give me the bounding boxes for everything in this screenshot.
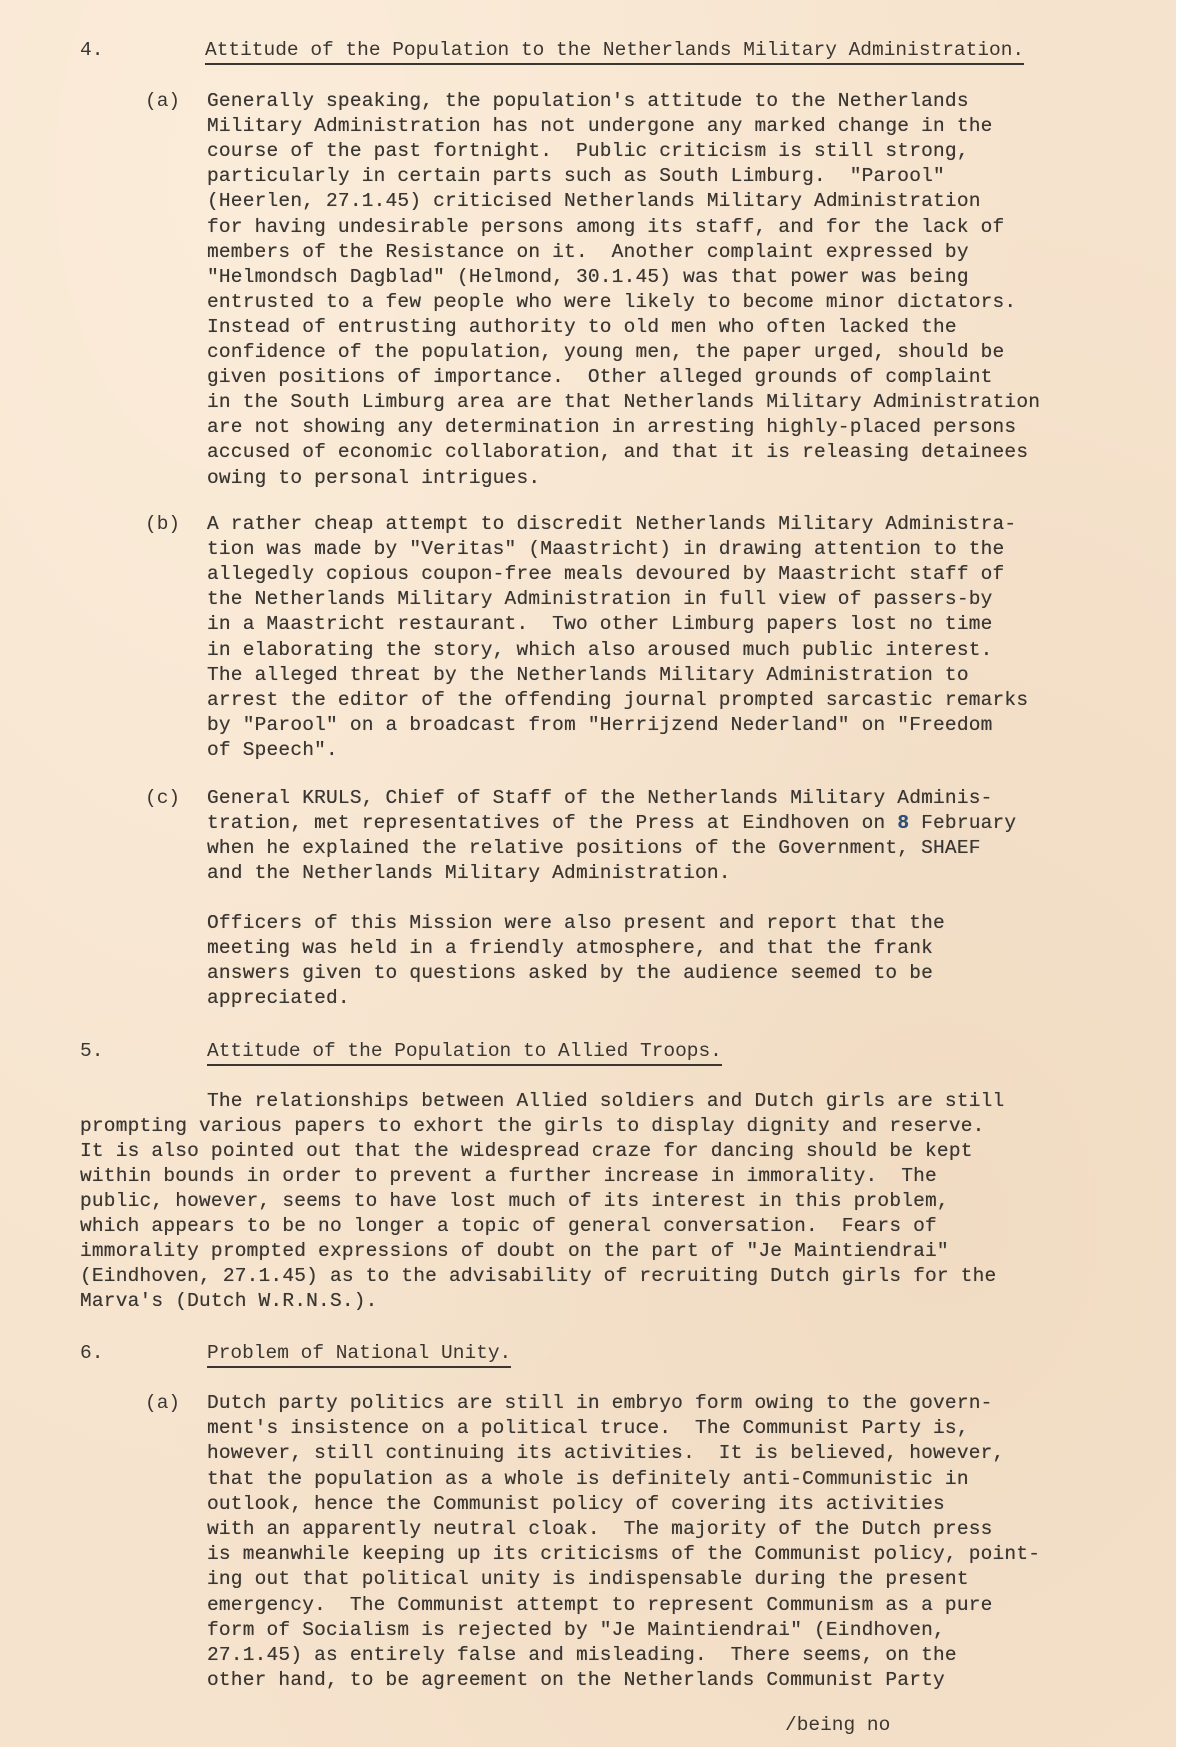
text-line: within bounds in order to prevent a furt… <box>80 1164 937 1188</box>
text-line: answers given to questions asked by the … <box>207 961 933 985</box>
text-line: 27.1.45) as entirely false and misleadin… <box>207 1643 957 1667</box>
text-line: with an apparently neutral cloak. The ma… <box>207 1517 993 1541</box>
text-line: outlook, hence the Communist policy of c… <box>207 1492 945 1516</box>
text-line: Marva's (Dutch W.R.N.S.). <box>80 1289 378 1313</box>
text-line: Military Administration has not undergon… <box>207 114 993 138</box>
text-line: which appears to be no longer a topic of… <box>80 1214 937 1238</box>
text-line: It is also pointed out that the widespre… <box>80 1139 973 1163</box>
text-line: appreciated. <box>207 986 350 1010</box>
text-line: The relationships between Allied soldier… <box>207 1089 1004 1113</box>
text-line: for having undesirable persons among its… <box>207 215 1004 239</box>
text-line: when he explained the relative positions… <box>207 836 981 860</box>
text-line: A rather cheap attempt to discredit Neth… <box>207 512 1016 536</box>
text-line: General KRULS, Chief of Staff of the Net… <box>207 786 993 810</box>
text-line: by "Parool" on a broadcast from "Herrijz… <box>207 713 993 737</box>
paragraph-label: (a) <box>145 89 180 113</box>
paragraph-label: (a) <box>145 1391 180 1415</box>
text-line: (Eindhoven, 27.1.45) as to the advisabil… <box>80 1264 996 1288</box>
text-line: Dutch party politics are still in embryo… <box>207 1391 993 1415</box>
text-line: course of the past fortnight. Public cri… <box>207 139 969 163</box>
text-line: owing to personal intrigues. <box>207 466 540 490</box>
text-line: prompting various papers to exhort the g… <box>80 1114 985 1138</box>
section-heading: Attitude of the Population to Allied Tro… <box>207 1039 722 1066</box>
text-line: public, however, seems to have lost much… <box>80 1189 949 1213</box>
text-line: allegedly copious coupon-free meals devo… <box>207 562 1004 586</box>
text-line: (Heerlen, 27.1.45) criticised Netherland… <box>207 189 981 213</box>
text-line: of Speech". <box>207 738 338 762</box>
text-line: is meanwhile keeping up its criticisms o… <box>207 1542 1040 1566</box>
text-line: Officers of this Mission were also prese… <box>207 911 945 935</box>
section-heading: Problem of National Unity. <box>207 1341 511 1368</box>
text-line: ing out that political unity is indispen… <box>207 1567 969 1591</box>
text-line: Instead of entrusting authority to old m… <box>207 315 957 339</box>
paragraph-label: (c) <box>145 786 180 810</box>
text-line: that the population as a whole is defini… <box>207 1467 969 1491</box>
text-line: and the Netherlands Military Administrat… <box>207 861 731 885</box>
section-heading: Attitude of the Population to the Nether… <box>205 38 1024 65</box>
text-line: accused of economic collaboration, and t… <box>207 440 1028 464</box>
text-line: members of the Resistance on it. Another… <box>207 240 969 264</box>
text-line: are not showing any determination in arr… <box>207 415 1016 439</box>
typewritten-page: 4. Attitude of the Population to the Net… <box>0 0 1176 1747</box>
text-line: ment's insistence on a political truce. … <box>207 1416 969 1440</box>
text-line: arrest the editor of the offending journ… <box>207 688 1028 712</box>
text-line: entrusted to a few people who were likel… <box>207 290 1016 314</box>
text-line: the Netherlands Military Administration … <box>207 587 993 611</box>
section-number: 4. <box>80 38 103 62</box>
text-line: confidence of the population, young men,… <box>207 340 1004 364</box>
text-line: tion was made by "Veritas" (Maastricht) … <box>207 537 1004 561</box>
text-line: immorality prompted expressions of doubt… <box>80 1239 949 1263</box>
text-line: in a Maastricht restaurant. Two other Li… <box>207 612 993 636</box>
text-line: given positions of importance. Other all… <box>207 365 993 389</box>
text-line: emergency. The Communist attempt to repr… <box>207 1593 993 1617</box>
text-line: particularly in certain parts such as So… <box>207 164 945 188</box>
text-line: in elaborating the story, which also aro… <box>207 638 993 662</box>
text-line: other hand, to be agreement on the Nethe… <box>207 1668 945 1692</box>
text-line: meeting was held in a friendly atmospher… <box>207 936 933 960</box>
text-line: in the South Limburg area are that Nethe… <box>207 390 1040 414</box>
section-number: 5. <box>80 1039 103 1063</box>
text-line: tration, met representatives of the Pres… <box>207 811 1016 835</box>
text-line: however, still continuing its activities… <box>207 1441 1004 1465</box>
text-line: "Helmondsch Dagblad" (Helmond, 30.1.45) … <box>207 265 969 289</box>
section-number: 6. <box>80 1341 103 1365</box>
text-span: February <box>909 812 1016 834</box>
text-line: The alleged threat by the Netherlands Mi… <box>207 663 969 687</box>
text-line: Generally speaking, the population's att… <box>207 89 969 113</box>
text-line: form of Socialism is rejected by "Je Mai… <box>207 1618 945 1642</box>
catchword: /being no <box>785 1713 890 1737</box>
text-span: tration, met representatives of the Pres… <box>207 812 897 834</box>
handwritten-date-correction: 8 <box>897 812 909 834</box>
paragraph-label: (b) <box>145 512 180 536</box>
